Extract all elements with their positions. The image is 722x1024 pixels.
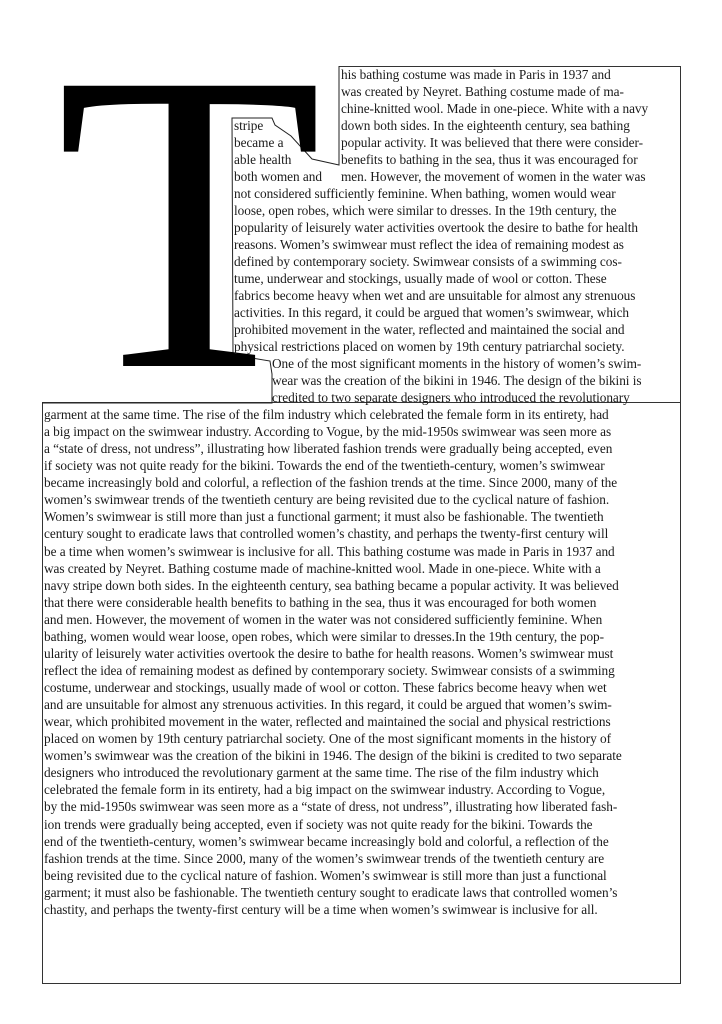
text-line: down both sides. In the eighteenth centu… — [341, 118, 630, 134]
text-line: was created by Neyret. Bathing costume m… — [44, 561, 601, 577]
text-line: popular activity. It was believed that t… — [341, 135, 643, 151]
text-line: if society was not quite ready for the b… — [44, 458, 605, 474]
text-line: stripe — [234, 118, 263, 134]
text-line: men. However, the movement of women in t… — [341, 169, 645, 185]
text-line: credited to two separate designers who i… — [272, 390, 630, 406]
text-line: reasons. Women’s swimwear must reflect t… — [234, 237, 624, 253]
text-line: women’s swimwear trends of the twentieth… — [44, 492, 609, 508]
text-line: that there were considerable health bene… — [44, 595, 596, 611]
text-line: Women’s swimwear is still more than just… — [44, 509, 604, 525]
text-line: reflect the idea of remaining modest as … — [44, 663, 615, 679]
text-line: costume, underwear and stockings, usuall… — [44, 680, 607, 696]
text-line: and are unsuitable for almost any strenu… — [44, 697, 612, 713]
text-line: defined by contemporary society. Swimwea… — [234, 254, 622, 270]
text-line: placed on women by 19th century patriarc… — [44, 731, 611, 747]
text-line: bathing, women would wear loose, open ro… — [44, 629, 604, 645]
text-line: prohibited movement in the water, reflec… — [234, 322, 625, 338]
text-line: activities. In this regard, it could be … — [234, 305, 629, 321]
text-line: and men. However, the movement of women … — [44, 612, 602, 628]
text-line: benefits to bathing in the sea, thus it … — [341, 152, 638, 168]
text-line: physical restrictions placed on women by… — [234, 339, 625, 355]
text-line: wear was the creation of the bikini in 1… — [272, 373, 642, 389]
text-line: loose, open robes, which were similar to… — [234, 203, 616, 219]
text-line: navy stripe down both sides. In the eigh… — [44, 578, 619, 594]
text-line: ion trends were gradually being accepted… — [44, 817, 593, 833]
text-line: celebrated the female form in its entire… — [44, 782, 605, 798]
text-line: garment at the same time. The rise of th… — [44, 407, 609, 423]
text-line: women’s swimwear was the creation of the… — [44, 748, 622, 764]
text-line: able health — [234, 152, 291, 168]
text-line: fabrics become heavy when wet and are un… — [234, 288, 635, 304]
text-line: was created by Neyret. Bathing costume m… — [341, 84, 624, 100]
text-line: designers who introduced the revolutiona… — [44, 765, 599, 781]
text-line: tume, underwear and stockings, usually m… — [234, 271, 607, 287]
text-line: One of the most significant moments in t… — [272, 356, 641, 372]
text-line: fashion trends at the time. Since 2000, … — [44, 851, 604, 867]
text-line: garment; it must also be fashionable. Th… — [44, 885, 617, 901]
text-line: wear, which prohibited movement in the w… — [44, 714, 611, 730]
text-line: century sought to eradicate laws that co… — [44, 526, 608, 542]
text-line: ularity of leisurely water activities ov… — [44, 646, 613, 662]
text-line: popularity of leisurely water activities… — [234, 220, 638, 236]
text-line: became increasingly bold and colorful, a… — [44, 475, 617, 491]
text-line: by the mid-1950s swimwear was seen more … — [44, 799, 617, 815]
text-line: end of the twentieth-century, women’s sw… — [44, 834, 609, 850]
text-line: became a — [234, 135, 283, 151]
text-line: both women and — [234, 169, 322, 185]
text-line: his bathing costume was made in Paris in… — [341, 67, 611, 83]
text-line: being revisited due to the cyclical natu… — [44, 868, 607, 884]
text-line: chastity, and perhaps the twenty-first c… — [44, 902, 598, 918]
text-line: not considered sufficiently feminine. Wh… — [234, 186, 616, 202]
text-line: a “state of dress, not undress”, illustr… — [44, 441, 612, 457]
text-line: be a time when women’s swimwear is inclu… — [44, 544, 615, 560]
text-line: chine-knitted wool. Made in one-piece. W… — [341, 101, 648, 117]
text-line: a big impact on the swimwear industry. A… — [44, 424, 611, 440]
